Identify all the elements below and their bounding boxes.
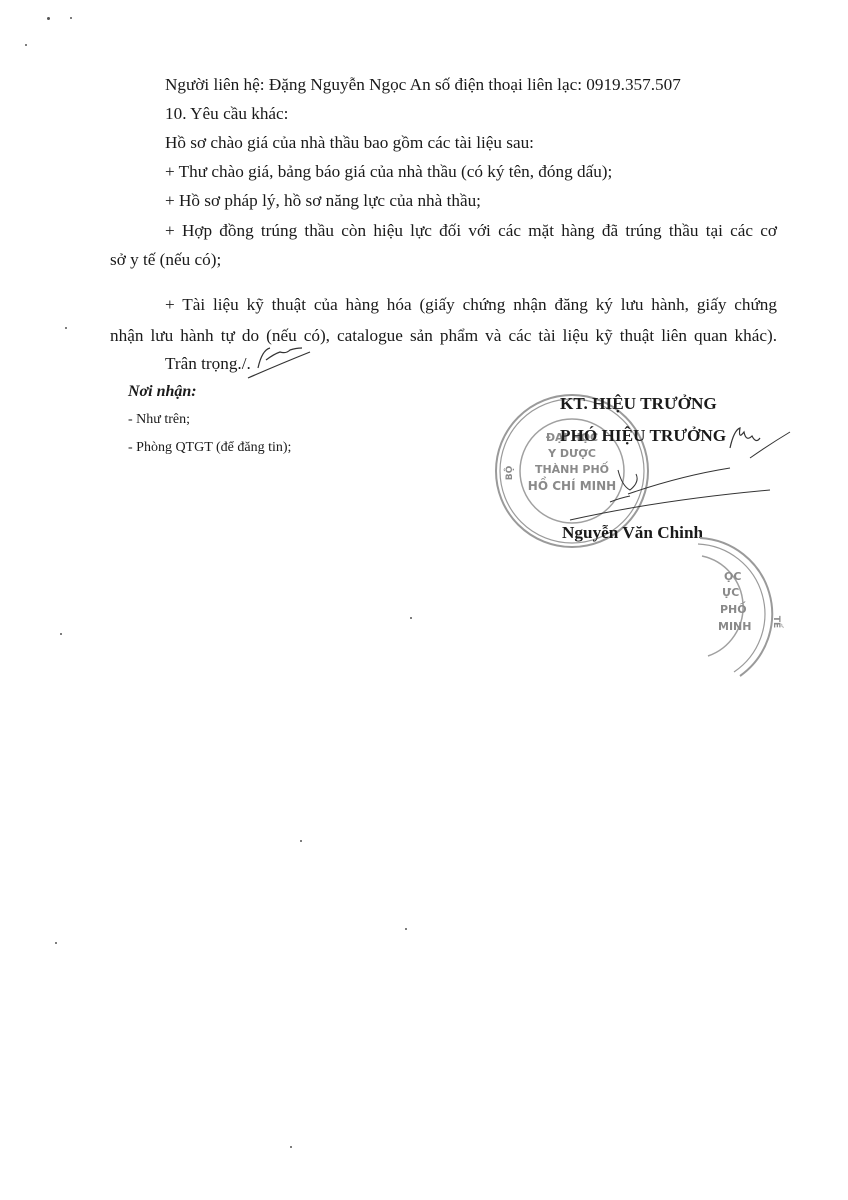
svg-text:BỘ: BỘ (504, 465, 515, 480)
list-item: + Hồ sơ pháp lý, hồ sơ năng lực của nhà … (165, 192, 481, 209)
scan-speck (60, 633, 62, 635)
scan-speck (300, 840, 302, 842)
svg-text:TẾ: TẾ (771, 616, 784, 629)
scan-speck (405, 928, 407, 930)
scan-speck (47, 17, 50, 20)
list-item: + Hợp đồng trúng thầu còn hiệu lực đối v… (165, 222, 777, 239)
intro-text: Hồ sơ chào giá của nhà thầu bao gồm các … (165, 134, 534, 151)
svg-text:ỌC: ỌC (724, 570, 741, 583)
closing-text: Trân trọng./. (165, 355, 251, 372)
recipients-heading: Nơi nhận: (128, 384, 197, 400)
svg-text:Y DƯỢC: Y DƯỢC (547, 447, 596, 460)
contact-line: Người liên hệ: Đặng Nguyễn Ngọc An số đi… (165, 76, 681, 93)
svg-text:ỰC: ỰC (722, 586, 739, 599)
section-heading: 10. Yêu cầu khác: (165, 105, 288, 122)
recipient-item: - Như trên; (128, 413, 190, 427)
svg-text:MINH: MINH (718, 620, 751, 633)
partial-stamp: ỌC ỰC PHỐ MINH TẾ (650, 528, 810, 688)
signature-title-line1: KT. HIỆU TRƯỞNG (560, 395, 717, 412)
initials-signature (240, 340, 320, 380)
recipient-item: - Phòng QTGT (để đăng tin); (128, 441, 291, 455)
scan-speck (70, 17, 72, 19)
svg-text:PHỐ: PHỐ (720, 601, 747, 616)
list-item-continuation: sở y tế (nếu có); (110, 251, 221, 268)
scan-speck (65, 327, 67, 329)
svg-text:THÀNH PHỐ: THÀNH PHỐ (535, 461, 609, 476)
handwritten-signature (600, 420, 800, 530)
scan-speck (290, 1146, 292, 1148)
scan-speck (55, 942, 57, 944)
list-item: + Thư chào giá, bảng báo giá của nhà thầ… (165, 163, 612, 180)
scan-speck (25, 44, 27, 46)
list-item-continuation: nhận lưu hành tự do (nếu có), catalogue … (110, 327, 777, 344)
scan-speck (410, 617, 412, 619)
list-item: + Tài liệu kỹ thuật của hàng hóa (giấy c… (165, 296, 777, 313)
